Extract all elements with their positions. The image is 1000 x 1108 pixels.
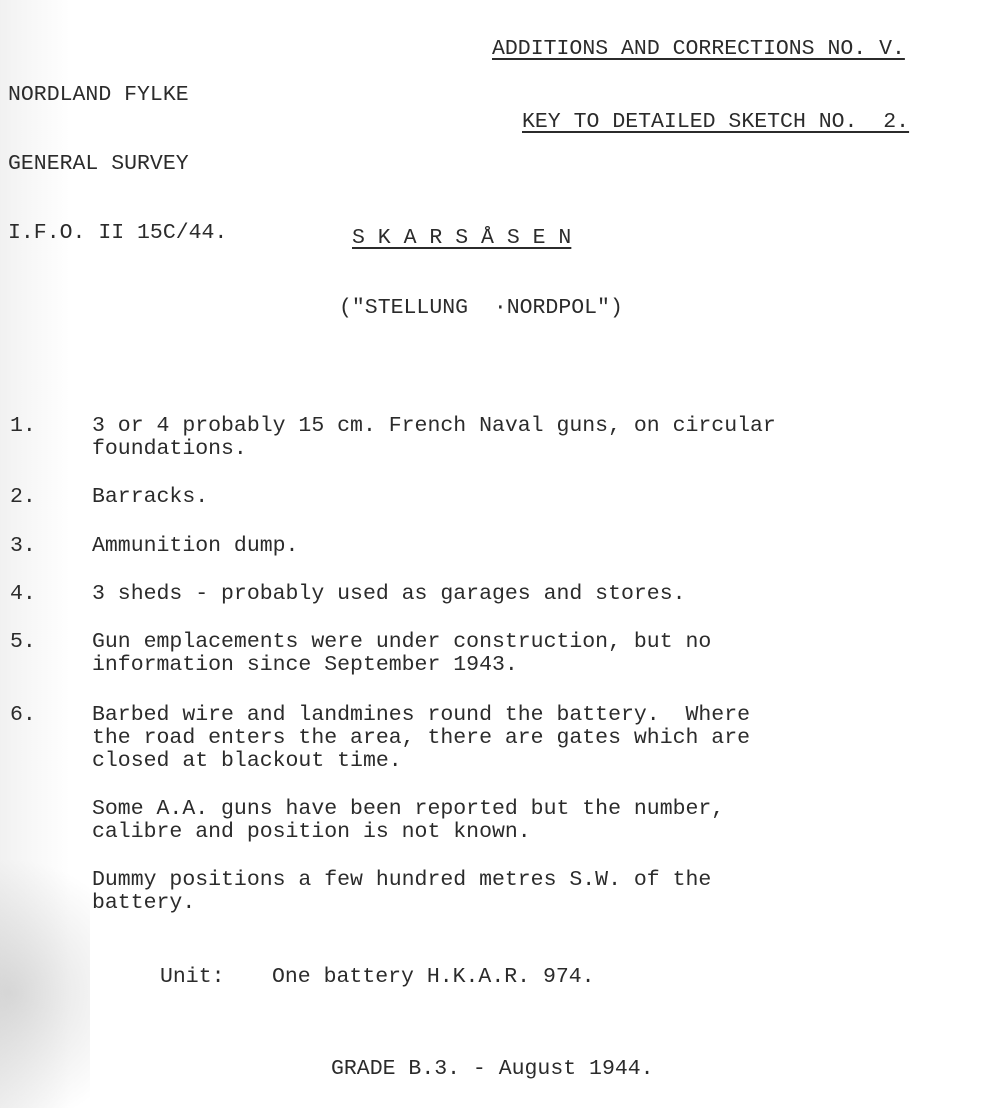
item-line: Ammunition dump. [92, 535, 298, 558]
paragraph-line: battery. [92, 892, 195, 915]
item-line: information since September 1943. [92, 654, 518, 677]
item-number: 6. [10, 704, 36, 727]
scan-speckle [0, 820, 90, 1108]
grade-line: GRADE B.3. - August 1944. [331, 1058, 654, 1081]
item-line: closed at blackout time. [92, 750, 402, 773]
item-line: Barracks. [92, 486, 208, 509]
unit-label: Unit: [160, 966, 225, 989]
document-title: S K A R S Å S E N [352, 227, 571, 250]
paragraph-line: Dummy positions a few hundred metres S.W… [92, 869, 711, 892]
item-line: the road enters the area, there are gate… [92, 727, 750, 750]
header-reference-block: NORDLAND FYLKE GENERAL SURVEY I.F.O. II … [8, 38, 227, 268]
item-number: 5. [10, 631, 36, 654]
item-line: Barbed wire and landmines round the batt… [92, 704, 750, 727]
item-number: 2. [10, 486, 36, 509]
document-subtitle: ("STELLUNG ·NORDPOL") [339, 297, 623, 320]
paragraph-line: calibre and position is not known. [92, 821, 531, 844]
additions-heading: ADDITIONS AND CORRECTIONS NO. V. [492, 38, 905, 61]
header-line: GENERAL SURVEY [8, 153, 227, 176]
unit-value: One battery H.K.A.R. 974. [272, 966, 595, 989]
paragraph-line: Some A.A. guns have been reported but th… [92, 798, 724, 821]
key-heading: KEY TO DETAILED SKETCH NO. 2. [522, 111, 909, 134]
header-line: I.F.O. II 15C/44. [8, 222, 227, 245]
item-line: 3 sheds - probably used as garages and s… [92, 583, 686, 606]
item-line: 3 or 4 probably 15 cm. French Naval guns… [92, 415, 776, 438]
item-number: 3. [10, 535, 36, 558]
item-number: 4. [10, 583, 36, 606]
item-line: foundations. [92, 438, 247, 461]
item-line: Gun emplacements were under construction… [92, 631, 711, 654]
item-number: 1. [10, 415, 36, 438]
header-line: NORDLAND FYLKE [8, 84, 227, 107]
